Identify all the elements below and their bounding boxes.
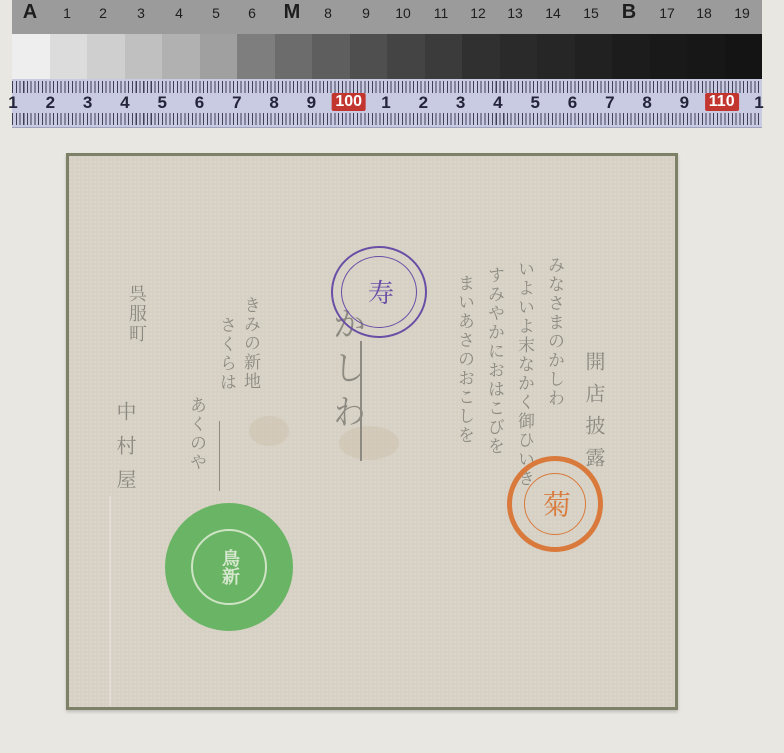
text-column: きみの新地	[241, 296, 258, 391]
purple-seal: 寿	[331, 246, 427, 338]
ruler-label: 3	[456, 93, 465, 113]
text-column: まいあさのおこしを	[455, 274, 472, 445]
gray-patch	[537, 34, 575, 79]
ruler-label: 9	[680, 93, 689, 113]
brush-stroke	[219, 421, 220, 491]
ruler-label: 3	[83, 93, 92, 113]
ruler-label: 2	[419, 93, 428, 113]
measuring-ruler: 1234567891001234567891101	[12, 79, 762, 128]
gray-patch	[12, 34, 50, 79]
gray-patch	[725, 34, 763, 79]
ruler-label: 100	[331, 93, 366, 111]
seal-motif: 寿	[361, 279, 398, 305]
ruler-label: 4	[120, 93, 129, 113]
gray-patch	[387, 34, 425, 79]
patch-label: 15	[583, 5, 599, 21]
patch-label: 10	[395, 5, 411, 21]
ruler-ticks-bottom	[12, 113, 762, 125]
text-column: いよいよ末なかく御ひいき	[515, 260, 532, 488]
ruler-label: 1	[754, 93, 763, 113]
text-column: みなさまのかしわ	[545, 256, 562, 408]
gray-patch	[275, 34, 313, 79]
signature-line-1: 呉服町	[127, 284, 145, 344]
gray-patch	[237, 34, 275, 79]
ruler-label: 1	[8, 93, 17, 113]
gray-patch	[500, 34, 538, 79]
ruler-label: 8	[269, 93, 278, 113]
patch-label: 19	[734, 5, 750, 21]
patch-label: 1	[63, 5, 71, 21]
grayscale-strip	[12, 34, 762, 79]
patch-label: 11	[434, 5, 449, 21]
gray-patch	[462, 34, 500, 79]
patch-label: 2	[99, 5, 107, 21]
patch-label: B	[622, 1, 636, 24]
paper-stain	[249, 416, 289, 446]
orange-seal: 菊	[507, 456, 603, 552]
signature-line-2: 中村屋	[115, 401, 135, 503]
ruler-label: 8	[642, 93, 651, 113]
gray-patch	[425, 34, 463, 79]
gray-patch	[687, 34, 725, 79]
patch-label: M	[284, 1, 301, 24]
gray-patch	[50, 34, 88, 79]
patch-label-band: A123456M89101112131415B171819	[12, 0, 762, 34]
ruler-label: 2	[46, 93, 55, 113]
ruler-ticks-top	[12, 81, 762, 93]
patch-label: 9	[362, 5, 370, 21]
ruler-label: 5	[530, 93, 539, 113]
gray-patch	[350, 34, 388, 79]
patch-label: 5	[212, 5, 220, 21]
patch-label: 13	[507, 5, 523, 21]
patch-label: A	[23, 1, 37, 24]
green-seal: 鳥新	[165, 503, 293, 631]
gray-patch	[87, 34, 125, 79]
patch-label: 17	[659, 5, 675, 21]
text-column: あくのや	[187, 396, 204, 472]
ruler-label: 5	[157, 93, 166, 113]
ruler-label: 6	[568, 93, 577, 113]
gray-patch	[200, 34, 238, 79]
text-column: すみやかにおはこびを	[485, 266, 502, 456]
patch-label: 18	[696, 5, 712, 21]
patch-label: 14	[545, 5, 561, 21]
title-column: 開店披露	[584, 351, 604, 479]
patch-label: 12	[470, 5, 486, 21]
gray-patch	[312, 34, 350, 79]
gray-patch	[650, 34, 688, 79]
seal-center-text: 鳥新	[216, 549, 242, 585]
ruler-label: 110	[705, 93, 739, 111]
gray-patch	[612, 34, 650, 79]
patch-label: 6	[248, 5, 256, 21]
ruler-label: 1	[381, 93, 390, 113]
seal-motif: 菊	[535, 490, 575, 518]
gray-patch	[162, 34, 200, 79]
brush-stroke	[360, 341, 362, 461]
ruler-label: 6	[195, 93, 204, 113]
color-calibration-chart: A123456M89101112131415B171819 1234567891…	[12, 0, 762, 128]
gray-patch	[575, 34, 613, 79]
gray-patch	[125, 34, 163, 79]
patch-label: 4	[175, 5, 183, 21]
ruler-label: 7	[232, 93, 241, 113]
patch-label: 3	[137, 5, 145, 21]
japanese-print: 開店披露 みなさまのかしわ いよいよ末なかく御ひいき すみやかにおはこびを まい…	[66, 153, 678, 710]
text-column: さくらは	[217, 316, 234, 392]
ruler-label: 9	[307, 93, 316, 113]
paper-fold	[109, 496, 111, 706]
ruler-label: 7	[605, 93, 614, 113]
patch-label: 8	[324, 5, 332, 21]
ruler-label: 4	[493, 93, 502, 113]
